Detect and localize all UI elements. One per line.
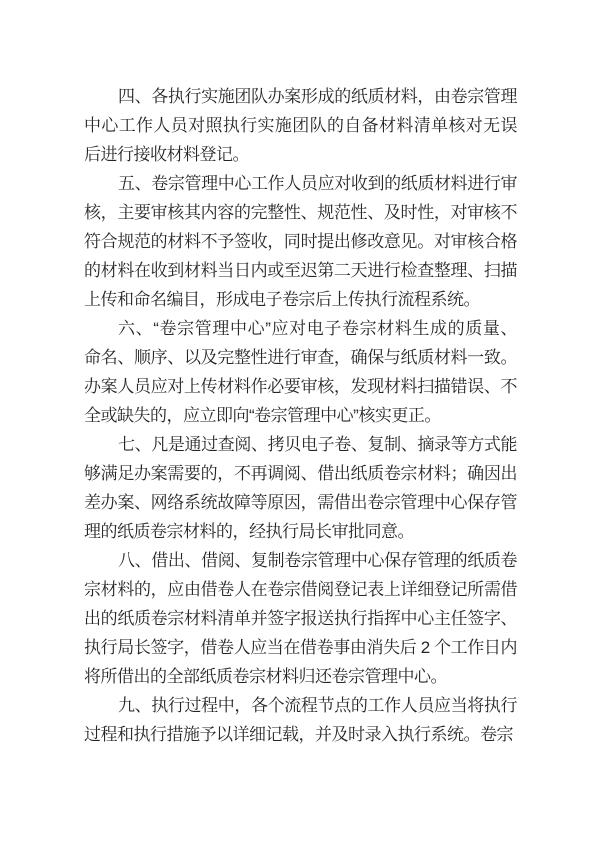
text-line: 四、各执行实施团队办案形成的纸质材料，由卷宗管理 [84,82,517,111]
text-line: 理的纸质卷宗材料的，经执行局长审批同意。 [84,517,517,546]
text-line: 出的纸质卷宗材料清单并签字报送执行指挥中心主任签字、 [84,604,517,633]
text-line: 差办案、网络系统故障等原因，需借出卷宗管理中心保存管 [84,488,517,517]
text-line: 七、凡是通过查阅、拷贝电子卷、复制、摘录等方式能 [84,430,517,459]
text-line: 执行局长签字，借卷人应当在借卷事由消失后 2 个工作日内 [84,633,517,662]
text-line: 后进行接收材料登记。 [84,140,517,169]
text-line: 过程和执行措施予以详细记载，并及时录入执行系统。卷宗 [84,720,517,749]
text-line: 办案人员应对上传材料作必要审核，发现材料扫描错误、不 [84,372,517,401]
text-line: 五、卷宗管理中心工作人员应对收到的纸质材料进行审 [84,169,517,198]
text-line: 中心工作人员对照执行实施团队的自备材料清单核对无误 [84,111,517,140]
text-line: 上传和命名编目，形成电子卷宗后上传执行流程系统。 [84,285,517,314]
text-line: 将所借出的全部纸质卷宗材料归还卷宗管理中心。 [84,662,517,691]
document-page: 四、各执行实施团队办案形成的纸质材料，由卷宗管理中心工作人员对照执行实施团队的自… [0,0,600,849]
paragraph-item-9: 九、执行过程中，各个流程节点的工作人员应当将执行过程和执行措施予以详细记载，并及… [84,691,517,749]
text-line: 八、借出、借阅、复制卷宗管理中心保存管理的纸质卷 [84,546,517,575]
text-line: 核，主要审核其内容的完整性、规范性、及时性，对审核不 [84,198,517,227]
paragraph-item-6: 六、“卷宗管理中心”应对电子卷宗材料生成的质量、命名、顺序、以及完整性进行审查，… [84,314,517,430]
paragraph-item-8: 八、借出、借阅、复制卷宗管理中心保存管理的纸质卷宗材料的，应由借卷人在卷宗借阅登… [84,546,517,691]
text-line: 命名、顺序、以及完整性进行审查，确保与纸质材料一致。 [84,343,517,372]
text-line: 六、“卷宗管理中心”应对电子卷宗材料生成的质量、 [84,314,517,343]
text-line: 全或缺失的，应立即向“卷宗管理中心”核实更正。 [84,401,517,430]
text-line: 的材料在收到材料当日内或至迟第二天进行检查整理、扫描 [84,256,517,285]
text-line: 宗材料的，应由借卷人在卷宗借阅登记表上详细登记所需借 [84,575,517,604]
paragraph-item-7: 七、凡是通过查阅、拷贝电子卷、复制、摘录等方式能够满足办案需要的，不再调阅、借出… [84,430,517,546]
text-line: 符合规范的材料不予签收，同时提出修改意见。对审核合格 [84,227,517,256]
text-line: 够满足办案需要的，不再调阅、借出纸质卷宗材料；确因出 [84,459,517,488]
paragraph-item-5: 五、卷宗管理中心工作人员应对收到的纸质材料进行审核，主要审核其内容的完整性、规范… [84,169,517,314]
paragraph-item-4: 四、各执行实施团队办案形成的纸质材料，由卷宗管理中心工作人员对照执行实施团队的自… [84,82,517,169]
text-line: 九、执行过程中，各个流程节点的工作人员应当将执行 [84,691,517,720]
document-body: 四、各执行实施团队办案形成的纸质材料，由卷宗管理中心工作人员对照执行实施团队的自… [84,82,517,749]
